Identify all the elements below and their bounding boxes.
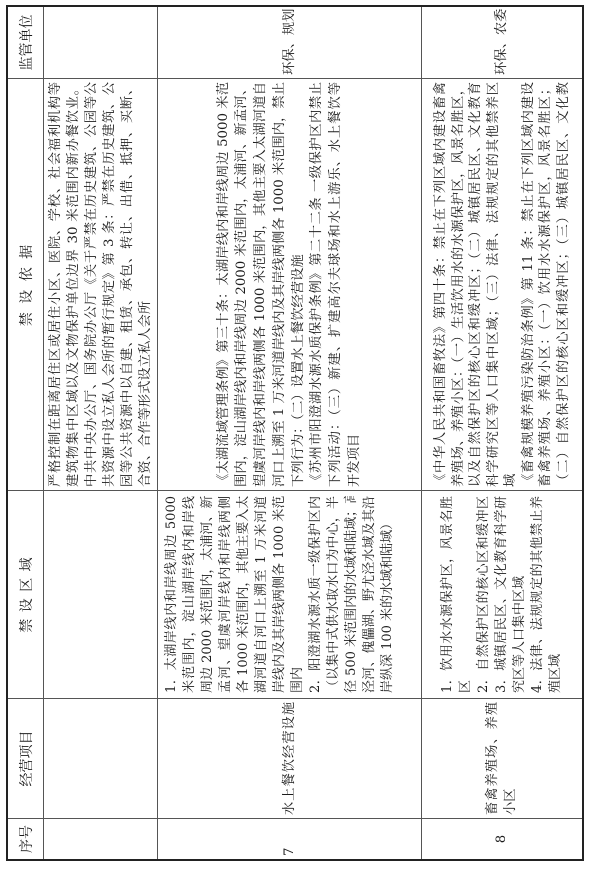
basis-line: 严格控制在距离居住区或居住小区、医院、学校、社会福利机构等 [47, 82, 65, 487]
item-line: 畜禽养殖场、养殖 [484, 702, 502, 815]
basis-line: 畜禽养殖场、养殖小区：（一）饮用水水源保护区，风景名胜区； [537, 82, 555, 487]
basis-line: 《畜禽规模养殖污染防治条例》第 11 条：禁止在下列区域内建设 [520, 82, 538, 487]
zone-line: 岸纵深 100 米的水域和陆域） [379, 496, 397, 693]
zone-line: 2．阳澄湖水源水质一级保护区内 [307, 496, 325, 693]
item-line: 小区 [502, 702, 520, 815]
prohibited-business-table: 序号 经营项目 禁 设 区 域 禁 设 依 据 监管单位 严格控制在距离居住区或… [6, 5, 584, 861]
row-8-basis-cell: 《中华人民共和国畜牧法》第四十条：禁止在下列区域内建设畜禽 养殖场、养殖小区：（… [422, 78, 582, 490]
row-7-authority-cell: 环保、规划 [158, 7, 422, 78]
row-8-zone-cell: 1．饮用水水源保护区，风景名胜 区 2．自然保护区的核心区和缓冲区 3．城镇居民… [422, 490, 582, 698]
header-seq: 序号 [16, 825, 36, 853]
basis-line: 《苏州市阳澄湖水源水质保护条例》第二十二条 一级保护区内禁止 [308, 82, 327, 487]
row-8-seq-cell: 8 [422, 818, 582, 859]
row-7-basis-cell: 《太湖流域管理条例》第三十条：太湖岸线内和岸线周边 5000 米范 围内，淀山湖… [158, 78, 422, 490]
basis-line: 望虞河岸线内和岸线两侧各 1000 米范围内，其他主要入太湖河道自 [252, 82, 271, 487]
row-7-seq-cell: 7 [158, 818, 422, 859]
zone-line: 2．自然保护区的核心区和缓冲区 [475, 496, 493, 693]
basis-line: 养殖场、养殖小区：（一）生活饮用水的水源保护区，风景名胜区， [450, 82, 468, 487]
row-seq-number: 8 [493, 835, 511, 843]
header-item: 经营项目 [16, 731, 36, 787]
row-8-authority-cell: 环保、农委 [422, 7, 582, 78]
zone-line: 周边 2000 米范围内，太浦河、新 [199, 496, 217, 693]
supervising-authority: 环保、规划 [281, 9, 299, 75]
row-seq-number: 7 [281, 848, 299, 856]
header-authority: 监管单位 [16, 15, 36, 71]
zone-line: 泾河、傀儡湖、野尤泾水域及其沿 [361, 496, 379, 693]
basis-line: 合资、合作等形式设立私人会所 [137, 82, 155, 487]
zone-line: 湖河道自河口上溯至 1 万米河道 [253, 496, 271, 693]
basis-line: （二）自然保护区的核心区和缓冲区；（三）城镇居民区、文化教 [555, 82, 573, 487]
basis-line: 域 [502, 82, 520, 487]
zone-line: 1．太湖岸线内和岸线周边 5000 [163, 496, 181, 693]
row-8-item-cell: 畜禽养殖场、养殖 小区 [422, 698, 582, 818]
zone-line: 径 500 米范围内的水域和陆域；高 [343, 496, 361, 693]
basis-line: 园等公共资源中以自建、租赁、承包、转让、出借、抵押、买断、 [119, 82, 137, 487]
item-line: 水上餐饮经营设施 [281, 702, 299, 815]
row-cont-seq-cell [44, 818, 158, 859]
row-cont-basis-cell: 严格控制在距离居住区或居住小区、医院、学校、社会福利机构等 建筑物集中区域以及文… [44, 78, 158, 490]
supervising-authority: 环保、农委 [493, 9, 511, 75]
header-basis-cell: 禁 设 依 据 [8, 78, 44, 490]
basis-line: 科学研究区等人口集中区域；（三）法律、法规规定的其他禁养区 [485, 82, 503, 487]
basis-line: 共资源中设立私人会所的暂行规定》第 3 条：严禁在历史建筑、公 [101, 82, 119, 487]
header-zone: 禁 设 区 域 [16, 556, 36, 632]
basis-line: 下列活动：（三）新建、扩建高尔夫球场和水上游乐、水上餐饮等 [327, 82, 346, 487]
row-cont-item-cell [44, 698, 158, 818]
basis-line: 《太湖流域管理条例》第三十条：太湖岸线内和岸线周边 5000 米范 [215, 82, 234, 487]
zone-line: 区 [457, 496, 475, 693]
zone-line: 3．城镇居民区、文化教育科学研 [493, 496, 511, 693]
basis-line: 中共中央办公厅、国务院办公厅《关于严禁在历史建筑、公园等公 [83, 82, 101, 487]
basis-line: 以及自然保护区的核心区和缓冲区；（二）城镇居民区、文化教育 [467, 82, 485, 487]
row-cont-authority-cell [44, 7, 158, 78]
zone-line: （以集中式供水取水口为中心，半 [325, 496, 343, 693]
header-zone-cell: 禁 设 区 域 [8, 490, 44, 698]
header-basis: 禁 设 依 据 [16, 243, 36, 326]
row-7-item-cell: 水上餐饮经营设施 [158, 698, 422, 818]
zone-line: 围内 [289, 496, 307, 693]
header-seq-cell: 序号 [8, 818, 44, 859]
zone-line: 殖区域 [547, 496, 565, 693]
basis-line: 河口上溯至 1 万米河道岸线内及其岸线两侧各 1000 米范围内，禁止 [271, 82, 290, 487]
header-item-cell: 经营项目 [8, 698, 44, 818]
row-7-zone-cell: 1．太湖岸线内和岸线周边 5000 米范围内，淀山湖岸线内和岸线 周边 2000… [158, 490, 422, 698]
zone-line: 孟河、望虞河岸线内和岸线两侧 [217, 496, 235, 693]
zone-line: 各 1000 米范围内，其他主要入太 [235, 496, 253, 693]
basis-line: 围内，淀山湖岸线内和岸线周边 2000 米范围内，太浦河、新孟河、 [233, 82, 252, 487]
zone-line: 4．法律、法规规定的其他禁止养 [529, 496, 547, 693]
zone-line: 究区等人口集中区域 [511, 496, 529, 693]
basis-line: 《中华人民共和国畜牧法》第四十条：禁止在下列区域内建设畜禽 [432, 82, 450, 487]
zone-line: 米范围内，淀山湖岸线内和岸线 [181, 496, 199, 693]
basis-line: 开发项目 [346, 82, 365, 487]
basis-line: 下列行为：（二）设置水上餐饮经营设施 [290, 82, 309, 487]
zone-line: 岸线内及其岸线两侧各 1000 米范 [271, 496, 289, 693]
rotated-document-page: 序号 经营项目 禁 设 区 域 禁 设 依 据 监管单位 严格控制在距离居住区或… [0, 0, 591, 869]
header-authority-cell: 监管单位 [8, 7, 44, 78]
row-cont-zone-cell [44, 490, 158, 698]
zone-line: 1．饮用水水源保护区，风景名胜 [439, 496, 457, 693]
basis-line: 建筑物集中区域以及文物保护单位边界 30 米范围内新办餐饮业。 [65, 82, 83, 487]
